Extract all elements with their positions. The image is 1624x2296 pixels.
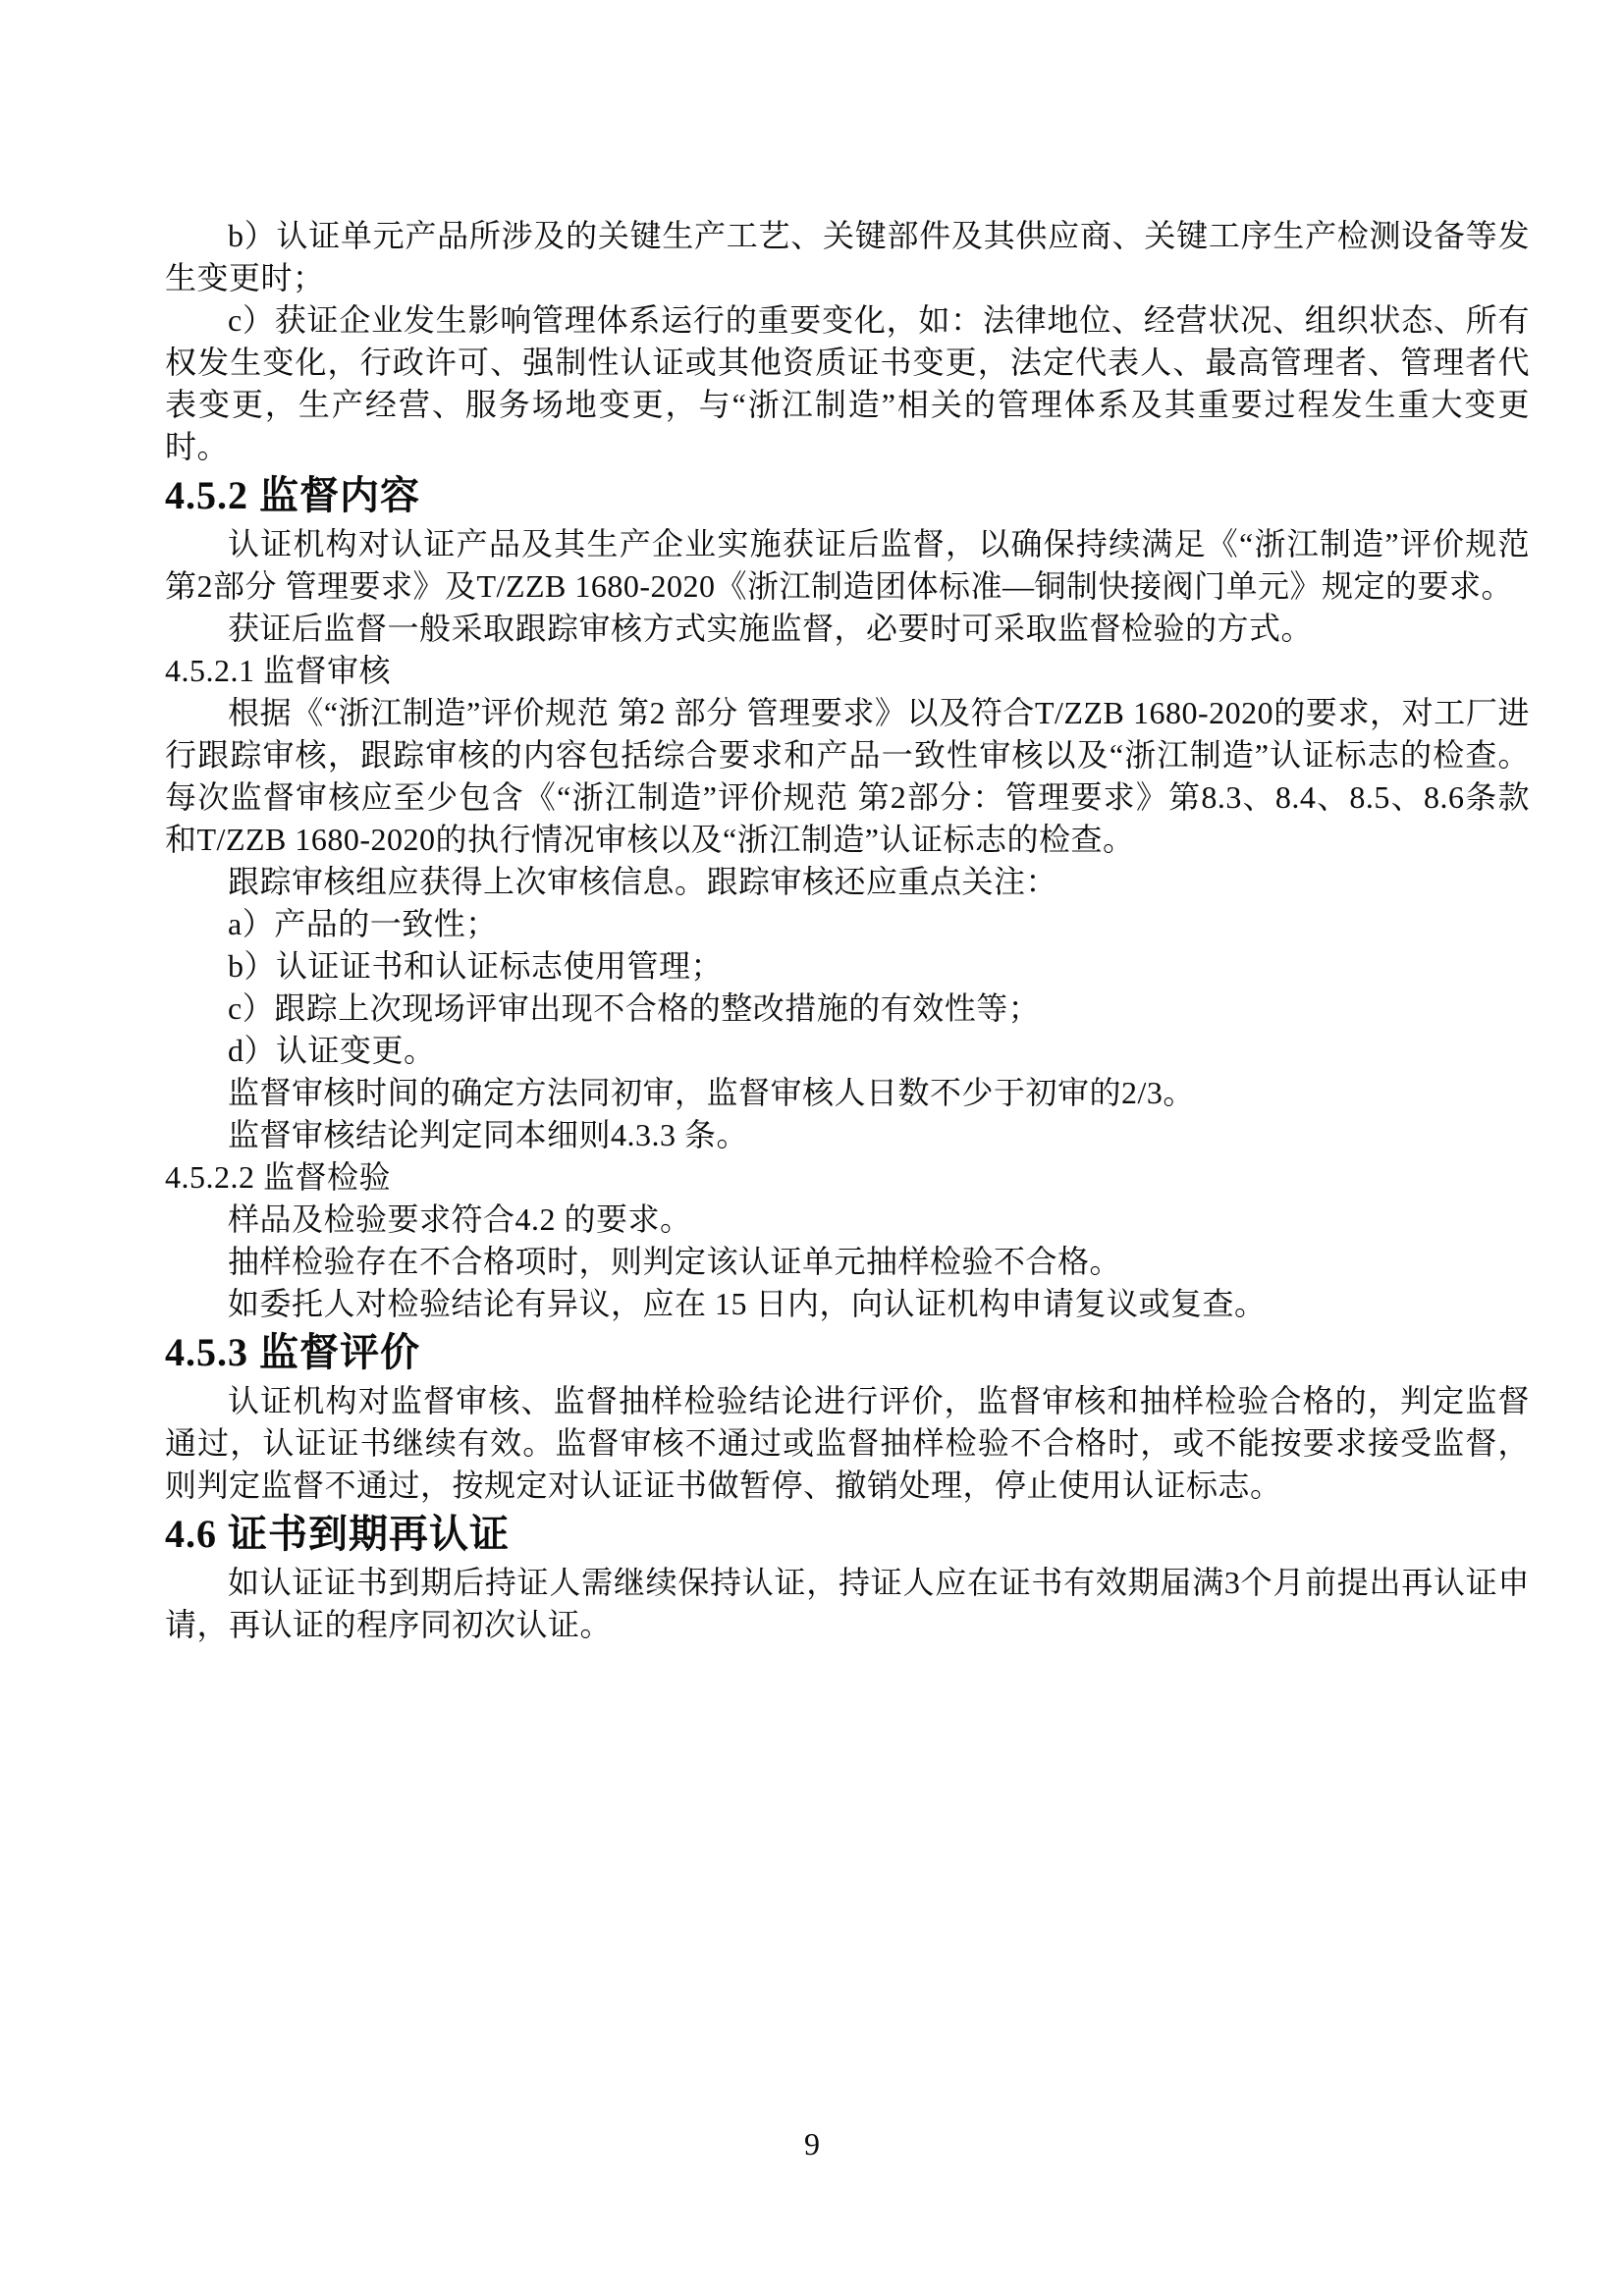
paragraph-supervision-evaluation: 认证机构对监督审核、监督抽样检验结论进行评价，监督审核和抽样检验合格的，判定监督… bbox=[165, 1380, 1530, 1507]
paragraph-audit-time: 监督审核时间的确定方法同初审，监督审核人日数不少于初审的2/3。 bbox=[165, 1072, 1530, 1114]
paragraph-sampling-fail: 抽样检验存在不合格项时，则判定该认证单元抽样检验不合格。 bbox=[165, 1241, 1530, 1283]
paragraph-intro-item-b: b）认证单元产品所涉及的关键生产工艺、关键部件及其供应商、关键工序生产检测设备等… bbox=[165, 215, 1530, 299]
paragraph-audit-focus-intro: 跟踪审核组应获得上次审核信息。跟踪审核还应重点关注： bbox=[165, 861, 1530, 903]
paragraph-recertification: 如认证证书到期后持证人需继续保持认证，持证人应在证书有效期届满3个月前提出再认证… bbox=[165, 1562, 1530, 1646]
paragraph-supervision-method: 获证后监督一般采取跟踪审核方式实施监督，必要时可采取监督检验的方式。 bbox=[165, 608, 1530, 650]
paragraph-sample-requirement: 样品及检验要求符合4.2 的要求。 bbox=[165, 1199, 1530, 1241]
page-content: b）认证单元产品所涉及的关键生产工艺、关键部件及其供应商、关键工序生产检测设备等… bbox=[165, 215, 1530, 1646]
paragraph-audit-conclusion: 监督审核结论判定同本细则4.3.3 条。 bbox=[165, 1114, 1530, 1156]
page-number: 9 bbox=[0, 2123, 1624, 2165]
subsection-heading-4-5-2-2: 4.5.2.2 监督检验 bbox=[165, 1156, 1530, 1199]
list-item-b: b）认证证书和认证标志使用管理； bbox=[165, 945, 1530, 988]
paragraph-objection: 如委托人对检验结论有异议，应在 15 日内，向认证机构申请复议或复查。 bbox=[165, 1283, 1530, 1325]
list-item-d: d）认证变更。 bbox=[165, 1030, 1530, 1072]
document-page: b）认证单元产品所涉及的关键生产工艺、关键部件及其供应商、关键工序生产检测设备等… bbox=[0, 0, 1624, 2296]
subsection-heading-4-5-2-1: 4.5.2.1 监督审核 bbox=[165, 650, 1530, 692]
list-item-c: c）跟踪上次现场评审出现不合格的整改措施的有效性等； bbox=[165, 988, 1530, 1030]
section-heading-4-5-3: 4.5.3 监督评价 bbox=[165, 1325, 1530, 1380]
paragraph-intro-item-c: c）获证企业发生影响管理体系运行的重要变化，如：法律地位、经营状况、组织状态、所… bbox=[165, 299, 1530, 468]
section-heading-4-6: 4.6 证书到期再认证 bbox=[165, 1507, 1530, 1562]
section-heading-4-5-2: 4.5.2 监督内容 bbox=[165, 468, 1530, 523]
paragraph-supervision-scope: 认证机构对认证产品及其生产企业实施获证后监督，以确保持续满足《“浙江制造”评价规… bbox=[165, 523, 1530, 608]
paragraph-audit-basis: 根据《“浙江制造”评价规范 第2 部分 管理要求》以及符合T/ZZB 1680-… bbox=[165, 692, 1530, 861]
list-item-a: a）产品的一致性； bbox=[165, 903, 1530, 945]
